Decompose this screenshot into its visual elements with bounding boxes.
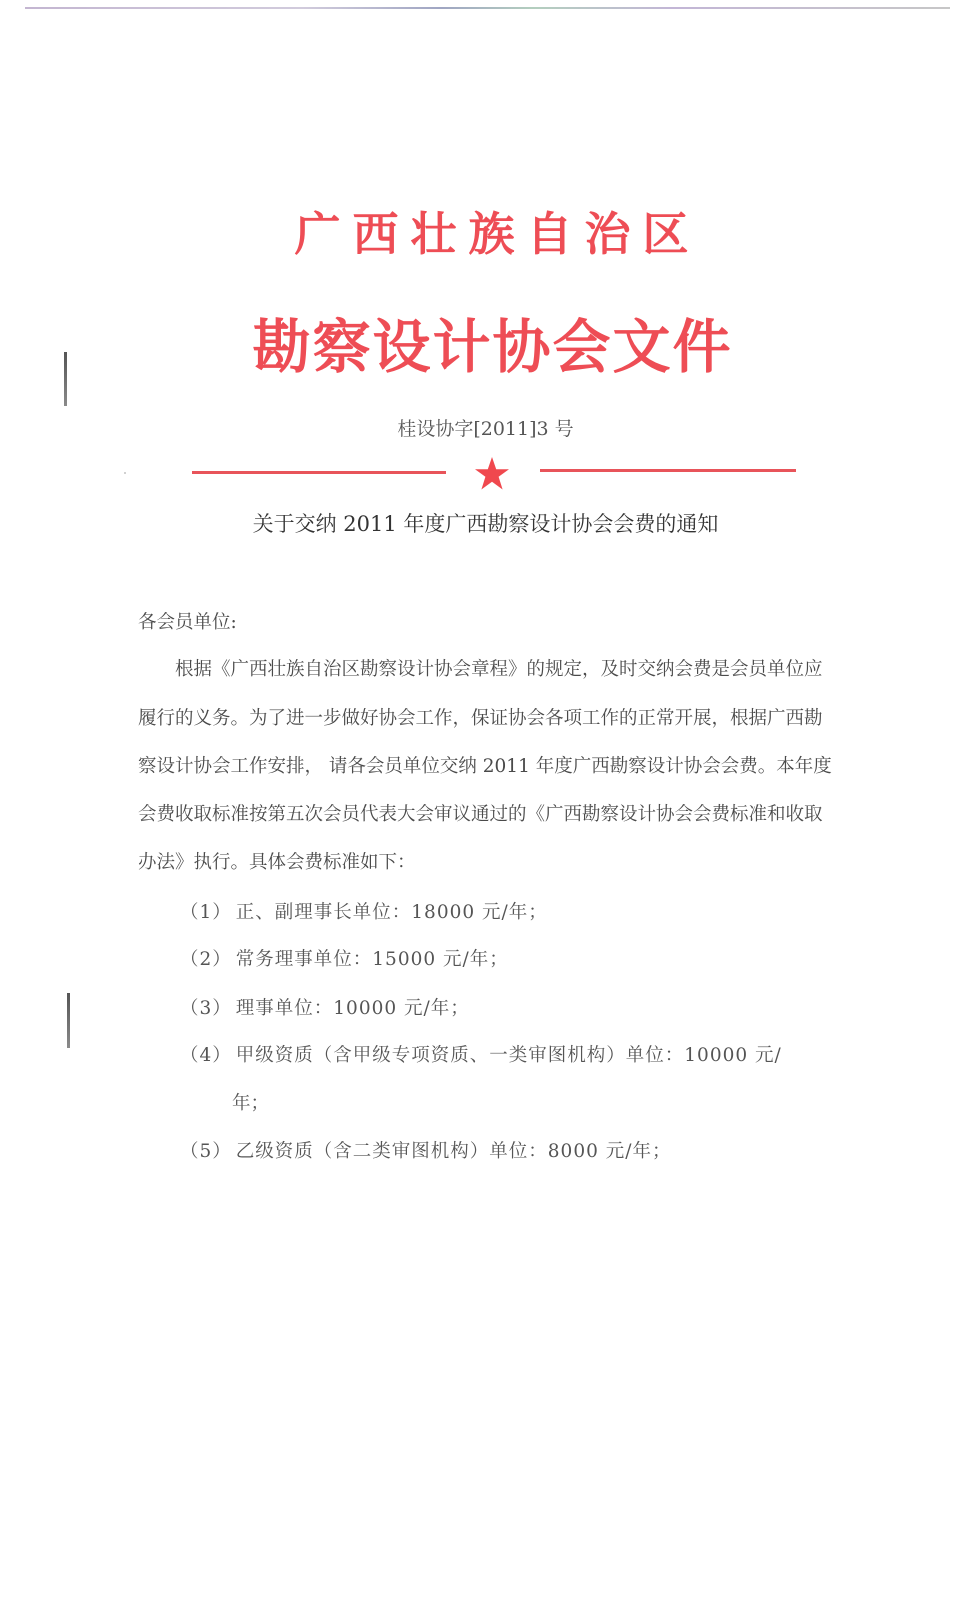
issuer-title-region: 广西壮族自治区 (0, 198, 971, 264)
scan-top-edge-line (25, 7, 950, 9)
salutation: 各会员单位: (138, 608, 237, 634)
fee-item-text: 常务理事单位：15000 元/年； (236, 949, 509, 970)
fee-item-continuation: 年； (232, 1089, 269, 1115)
paragraph-line: 办法》执行。具体会费标准如下： (138, 848, 416, 874)
fee-item-text: 乙级资质（含二类审图机构）单位：8000 元/年； (236, 1141, 672, 1162)
red-divider-left (192, 471, 446, 474)
fee-item-index: （3） (180, 998, 232, 1019)
fee-item-text: 理事单位：10000 元/年； (236, 998, 470, 1019)
fee-item: （1）正、副理事长单位：18000 元/年； (180, 898, 548, 924)
fee-item: （4）甲级资质（含甲级专项资质、一类审图机构）单位：10000 元/ (180, 1041, 782, 1067)
paragraph-line: 根据《广西壮族自治区勘察设计协会章程》的规定，及时交纳会费是会员单位应 (138, 655, 823, 681)
paragraph-line: 履行的义务。为了进一步做好协会工作，保证协会各项工作的正常开展，根据广西勘 (138, 704, 823, 730)
fee-item-text: 正、副理事长单位：18000 元/年； (236, 902, 548, 923)
fee-item-index: （1） (180, 902, 232, 923)
fee-item-index: （4） (180, 1045, 232, 1066)
fee-item: （3）理事单位：10000 元/年； (180, 994, 470, 1020)
paragraph-line: 察设计协会工作安排， 请各会员单位交纳 2011 年度广西勘察设计协会会费。本年… (138, 752, 832, 778)
fee-item: （2）常务理事单位：15000 元/年； (180, 945, 509, 971)
fee-item: （5）乙级资质（含二类审图机构）单位：8000 元/年； (180, 1137, 671, 1163)
issuer-title-document: 勘察设计协会文件 (0, 300, 971, 384)
document-number: 桂设协字[2011]3 号 (0, 414, 971, 441)
fee-item-text: 甲级资质（含甲级专项资质、一类审图机构）单位：10000 元/ (236, 1045, 782, 1066)
binding-margin-mark (67, 993, 70, 1048)
scan-speck (124, 472, 126, 474)
fee-item-index: （2） (180, 949, 232, 970)
red-divider-right (540, 469, 796, 472)
fee-item-index: （5） (180, 1141, 232, 1162)
notice-title: 关于交纳 2011 年度广西勘察设计协会会费的通知 (0, 508, 971, 538)
paragraph-line: 会费收取标准按第五次会员代表大会审议通过的《广西勘察设计协会会费标准和收取 (138, 800, 823, 826)
star-icon (474, 456, 510, 492)
